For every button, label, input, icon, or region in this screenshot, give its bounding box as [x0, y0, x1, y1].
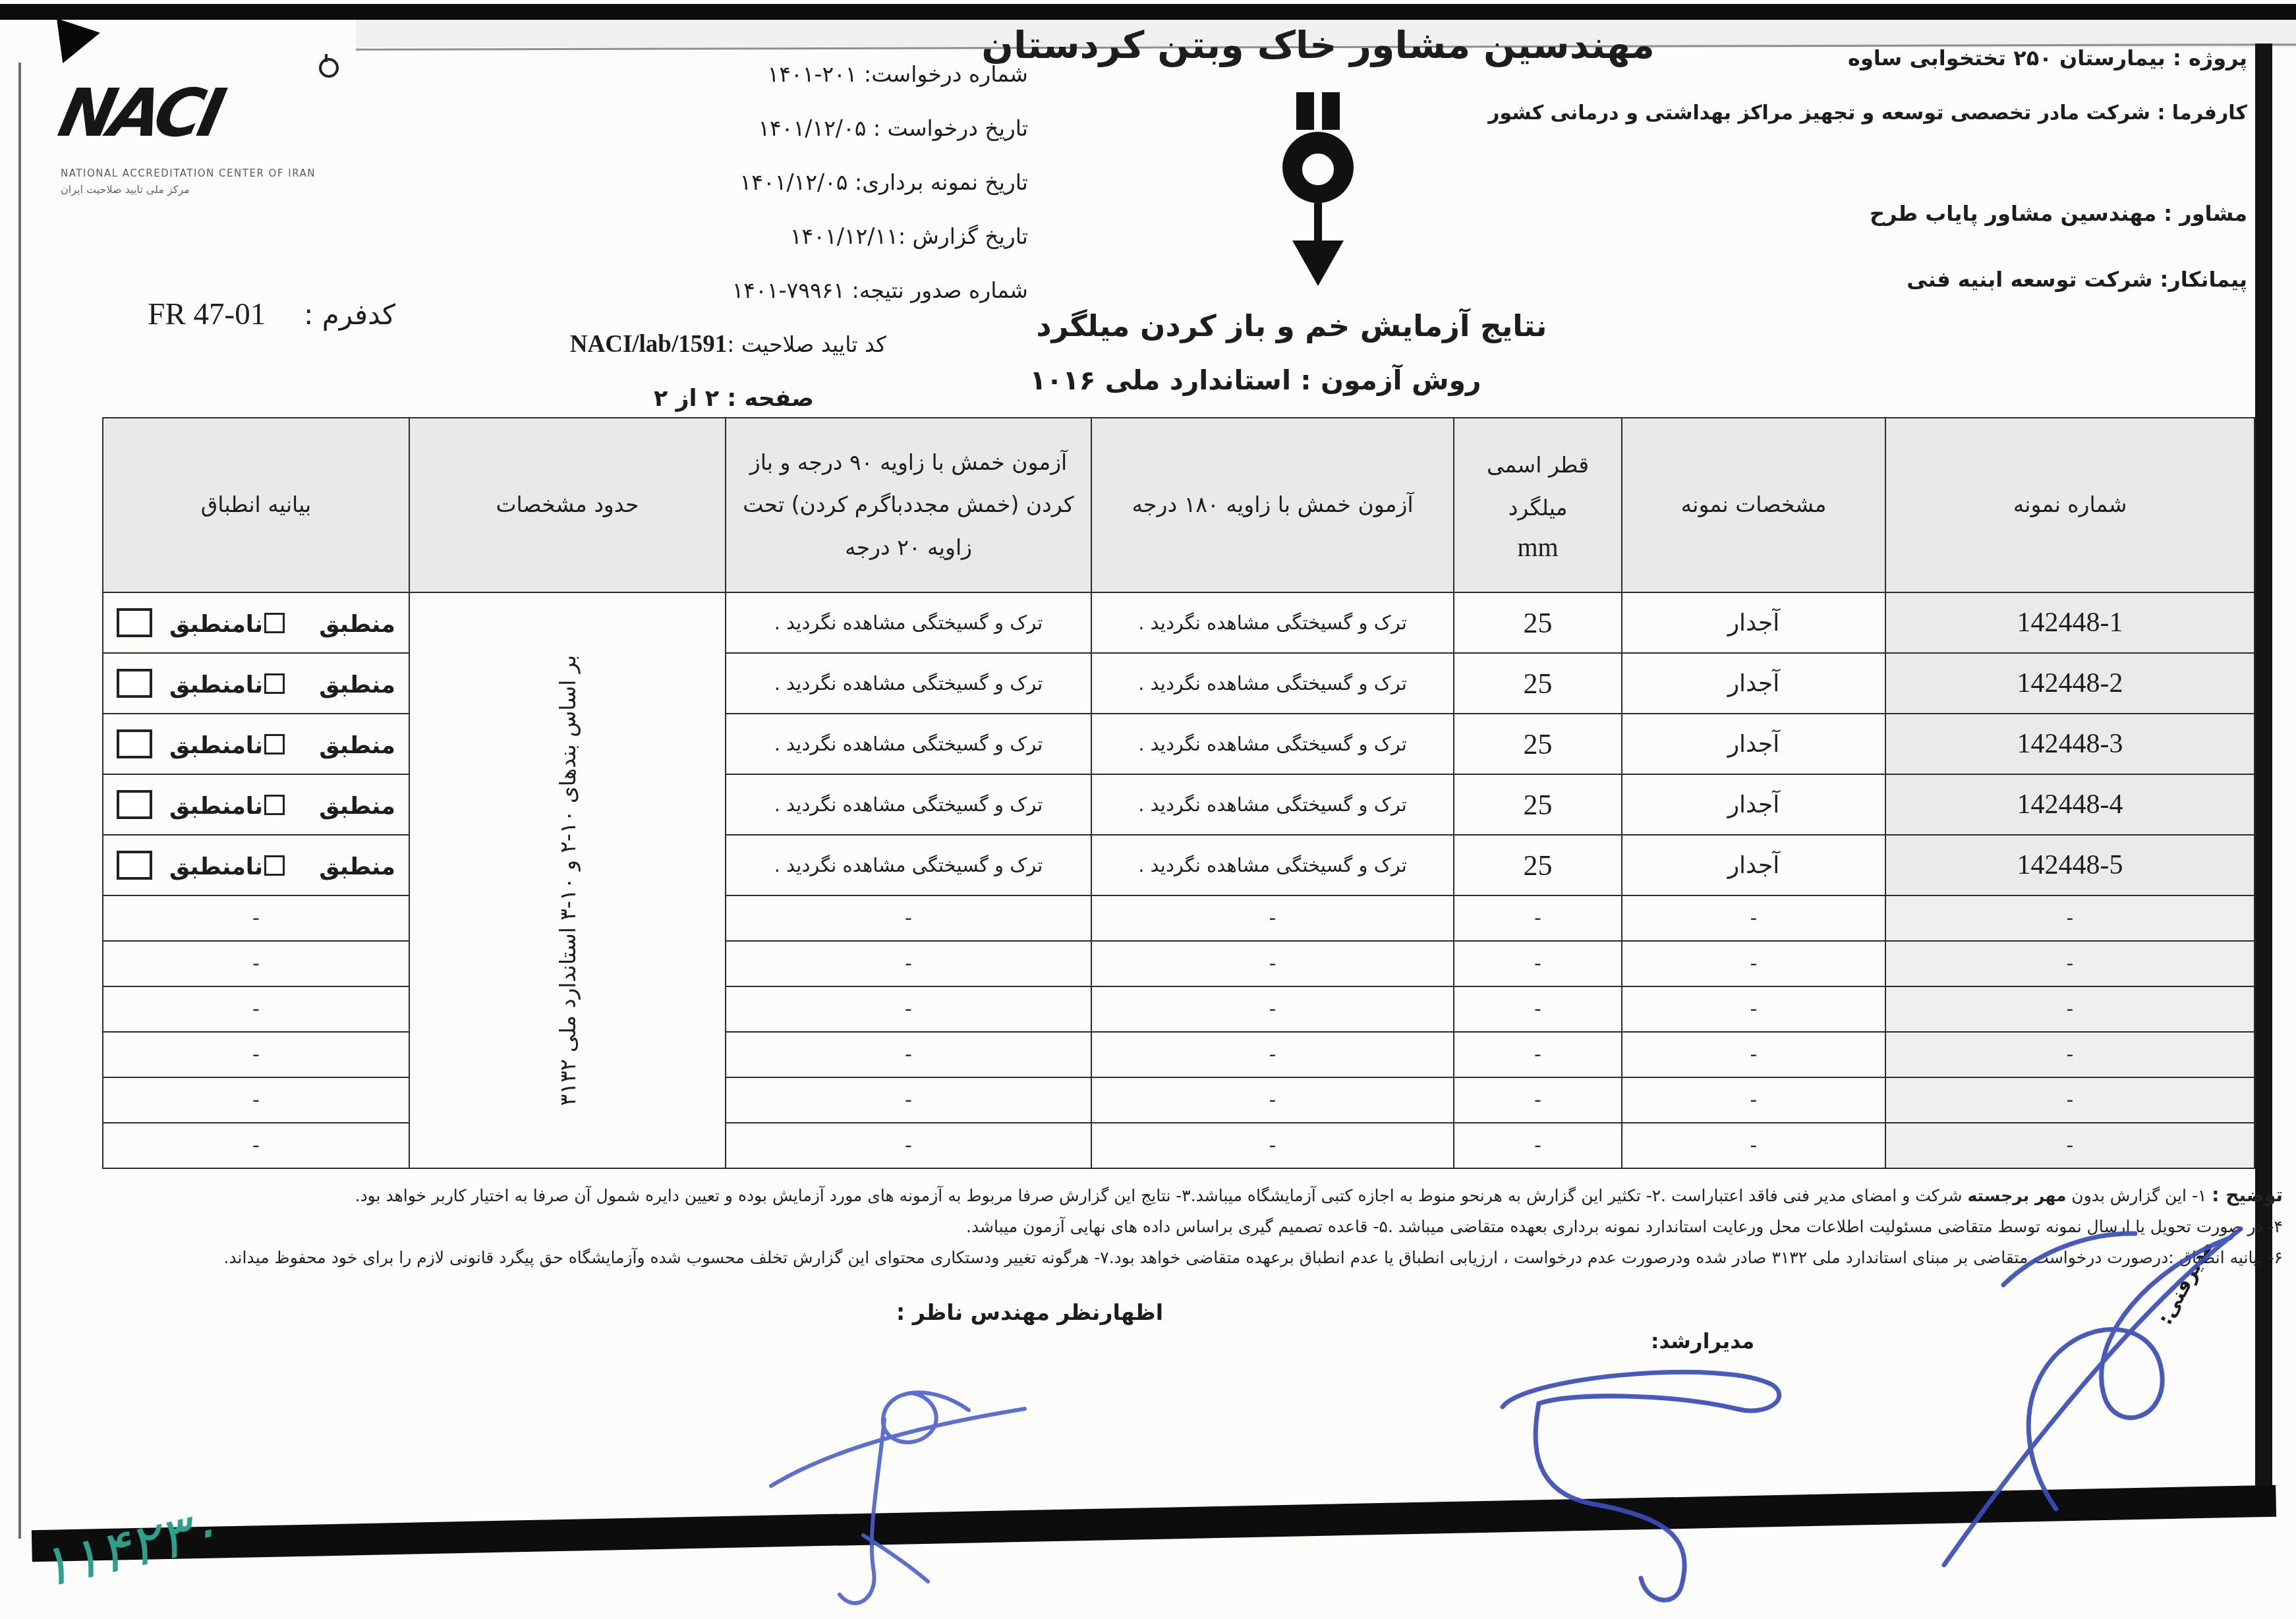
- footnote-label: توضیح :: [2212, 1184, 2283, 1206]
- sample-number-cell: 142448-1: [1885, 592, 2254, 653]
- senior-manager-label: مدیرارشد:: [1651, 1330, 1754, 1353]
- diameter-cell: -: [1454, 1123, 1622, 1168]
- nonconform-label: نامنطبق: [169, 672, 263, 698]
- naci-wordmark: NACI: [49, 61, 388, 166]
- project-name: پروژه : بیمارستان ۲۵۰ تختخوابی ساوه: [1605, 43, 2247, 72]
- spec-limits-cell: بر اساس بندهای ۱۰-۲ و ۱۰-۳ استاندارد ملی…: [409, 592, 726, 1168]
- conform-checkbox[interactable]: [264, 613, 285, 633]
- conformity-cell: منطبقنامنطبق: [103, 774, 409, 835]
- conformity-cell: منطبقنامنطبق: [103, 714, 409, 774]
- naci-subtitle-fa: مرکز ملی تایید صلاحیت ایران: [61, 183, 377, 196]
- bend180-result-cell: -: [1091, 986, 1454, 1032]
- bend90-result-cell: ترک و گسیختگی مشاهده نگردید .: [726, 774, 1091, 835]
- nonconform-checkbox[interactable]: [117, 790, 152, 819]
- accreditation-code-label: کد تایید صلاحیت :: [727, 331, 886, 357]
- naci-subtitle-en: NATIONAL ACCREDITATION CENTER OF IRAN: [61, 167, 377, 179]
- bend180-result-cell: ترک و گسیختگی مشاهده نگردید .: [1091, 592, 1454, 653]
- iran-emblem-icon: [319, 58, 339, 78]
- diameter-cell: -: [1454, 941, 1622, 986]
- bend180-result-cell: -: [1091, 895, 1454, 941]
- nonconform-label: نامنطبق: [169, 854, 263, 880]
- supervising-engineer-label: اظهارنظر مهندس ناظر :: [896, 1299, 1163, 1325]
- conformity-cell: -: [103, 1123, 409, 1168]
- results-table: شماره نمونه مشخصات نمونه قطر اسمی میلگرد…: [102, 417, 2255, 1169]
- table-header-row: شماره نمونه مشخصات نمونه قطر اسمی میلگرد…: [103, 418, 2254, 592]
- header-spec-limits: حدود مشخصات: [409, 418, 726, 592]
- diameter-cell: -: [1454, 986, 1622, 1032]
- form-code-label: کدفرم :: [304, 298, 395, 331]
- diameter-cell: -: [1454, 1077, 1622, 1123]
- conform-label: منطبق: [319, 793, 395, 820]
- nonconform-checkbox[interactable]: [117, 729, 152, 758]
- header-conformity: بیانیه انطباق: [103, 418, 409, 592]
- folded-corner: [57, 18, 100, 63]
- bend90-result-cell: ترک و گسیختگی مشاهده نگردید .: [726, 835, 1091, 895]
- sample-number-cell: -: [1885, 1077, 2254, 1123]
- bend90-result-cell: -: [726, 1077, 1091, 1123]
- request-number: شماره درخواست: ۲۰۱-۱۴۰۱: [415, 47, 1028, 101]
- bend180-result-cell: -: [1091, 1032, 1454, 1077]
- header-sample-number: شماره نمونه: [1885, 418, 2254, 592]
- header-diameter-unit: mm: [1458, 529, 1617, 566]
- diameter-cell: -: [1454, 895, 1622, 941]
- sample-number-cell: -: [1885, 895, 2254, 941]
- signature-supervising-engineer: [751, 1371, 1035, 1619]
- bend180-result-cell: -: [1091, 1123, 1454, 1168]
- bend90-result-cell: -: [726, 895, 1091, 941]
- bend90-result-cell: -: [726, 986, 1091, 1032]
- diameter-cell: -: [1454, 1032, 1622, 1077]
- footnote-1a: ۱- این گزارش بدون: [2066, 1186, 2206, 1205]
- report-title: نتایج آزمایش خم و باز کردن میلگرد: [995, 308, 1588, 343]
- footnote-1-bold: مهر برجسته: [1967, 1186, 2066, 1205]
- scan-edge-left: [18, 63, 21, 1539]
- test-method: روش آزمون : استاندارد ملی ۱۰۱۶: [959, 364, 1552, 396]
- sample-spec-cell: -: [1622, 941, 1885, 986]
- report-date: تاریخ گزارش :۱۴۰۱/۱۲/۱۱: [415, 210, 1028, 264]
- form-code: کدفرم : FR 47-01: [119, 297, 395, 332]
- sample-spec-cell: -: [1622, 986, 1885, 1032]
- nonconform-checkbox[interactable]: [117, 608, 152, 637]
- sample-spec-cell: آجدار: [1622, 592, 1885, 653]
- table-row: 142448-1 آجدار 25 ترک و گسیختگی مشاهده ن…: [103, 592, 2254, 653]
- conformity-cell: -: [103, 1032, 409, 1077]
- bend180-result-cell: -: [1091, 1077, 1454, 1123]
- nonconform-label: نامنطبق: [169, 733, 263, 759]
- sample-spec-cell: -: [1622, 1032, 1885, 1077]
- diameter-cell: 25: [1454, 653, 1622, 714]
- handwritten-number: ۱۱۴۲۳۰: [33, 1496, 226, 1601]
- consultant-name: مشاور : مهندسین مشاور پایاب طرح: [1605, 199, 2247, 228]
- company-logo: [1267, 92, 1369, 290]
- accreditation-code-value: NACI/lab/1591: [570, 331, 727, 358]
- sample-spec-cell: آجدار: [1622, 774, 1885, 835]
- conformity-cell: منطبقنامنطبق: [103, 835, 409, 895]
- conformity-cell: منطبقنامنطبق: [103, 592, 409, 653]
- nonconform-label: نامنطبق: [169, 793, 263, 820]
- organization-title: مهندسین مشاور خاک وبتن کردستان: [956, 24, 1680, 67]
- sample-number-cell: 142448-3: [1885, 714, 2254, 774]
- conform-checkbox[interactable]: [264, 855, 285, 876]
- sample-spec-cell: -: [1622, 1123, 1885, 1168]
- conformity-cell: -: [103, 895, 409, 941]
- signature-senior-manager: [1476, 1351, 1819, 1619]
- conform-checkbox[interactable]: [264, 734, 285, 754]
- bend90-result-cell: -: [726, 1032, 1091, 1077]
- bend180-result-cell: ترک و گسیختگی مشاهده نگردید .: [1091, 714, 1454, 774]
- sample-number-cell: 142448-5: [1885, 835, 2254, 895]
- header-diameter-line1: قطر اسمی: [1458, 444, 1617, 486]
- bend90-result-cell: ترک و گسیختگی مشاهده نگردید .: [726, 653, 1091, 714]
- conformity-cell: -: [103, 941, 409, 986]
- scan-edge-top: [0, 4, 2296, 20]
- sample-spec-cell: آجدار: [1622, 714, 1885, 774]
- bend180-result-cell: ترک و گسیختگی مشاهده نگردید .: [1091, 774, 1454, 835]
- header-bend-180: آزمون خمش با زاویه ۱۸۰ درجه: [1091, 418, 1454, 592]
- header-diameter-line2: میلگرد: [1458, 487, 1617, 529]
- conform-checkbox[interactable]: [264, 795, 285, 815]
- accreditation-code: کد تایید صلاحیت :NACI/lab/1591: [415, 318, 886, 372]
- conformity-cell: منطبقنامنطبق: [103, 653, 409, 714]
- header-sample-spec: مشخصات نمونه: [1622, 418, 1885, 592]
- header-diameter: قطر اسمی میلگرد mm: [1454, 418, 1622, 592]
- spec-limits-text: بر اساس بندهای ۱۰-۲ و ۱۰-۳ استاندارد ملی…: [555, 655, 581, 1106]
- nonconform-checkbox[interactable]: [117, 851, 152, 880]
- sampling-date: تاریخ نمونه برداری: ۱۴۰۱/۱۲/۰۵: [415, 156, 1028, 210]
- nonconform-checkbox[interactable]: [117, 669, 152, 698]
- diameter-cell: 25: [1454, 714, 1622, 774]
- sample-number-cell: -: [1885, 1032, 2254, 1077]
- conform-checkbox[interactable]: [264, 673, 285, 694]
- conform-label: منطبق: [319, 672, 395, 698]
- contractor-name: پیمانکار: شرکت توسعه ابنیه فنی: [1605, 265, 2247, 294]
- conform-label: منطبق: [319, 854, 395, 880]
- conform-label: منطبق: [319, 733, 395, 759]
- result-issue-number: شماره صدور نتیجه: ۷۹۹۶۱-۱۴۰۱: [415, 264, 1028, 318]
- project-info: پروژه : بیمارستان ۲۵۰ تختخوابی ساوه کارف…: [1605, 43, 2247, 294]
- diameter-cell: 25: [1454, 774, 1622, 835]
- sample-spec-cell: -: [1622, 1077, 1885, 1123]
- header-bend-90-rebend: آزمون خمش با زاویه ۹۰ درجه و باز کردن (خ…: [726, 418, 1091, 592]
- bend90-result-cell: -: [726, 941, 1091, 986]
- scanned-report-page: NACI NATIONAL ACCREDITATION CENTER OF IR…: [0, 0, 2296, 1619]
- footnote-1c: شرکت و امضای مدیر فنی فاقد اعتباراست .۲-…: [355, 1186, 1968, 1205]
- sample-number-cell: -: [1885, 941, 2254, 986]
- sample-spec-cell: -: [1622, 895, 1885, 941]
- signature-technical-manager: [1898, 1206, 2267, 1588]
- sample-spec-cell: آجدار: [1622, 653, 1885, 714]
- sample-number-cell: 142448-2: [1885, 653, 2254, 714]
- naci-logo: NACI NATIONAL ACCREDITATION CENTER OF IR…: [61, 61, 377, 196]
- bend90-result-cell: ترک و گسیختگی مشاهده نگردید .: [726, 592, 1091, 653]
- sample-number-cell: -: [1885, 1123, 2254, 1168]
- diameter-cell: 25: [1454, 592, 1622, 653]
- request-date: تاریخ درخواست : ۱۴۰۱/۱۲/۰۵: [415, 101, 1028, 156]
- sample-number-cell: 142448-4: [1885, 774, 2254, 835]
- client-name: کارفرما : شرکت مادر تخصصی توسعه و تجهیز …: [1605, 99, 2247, 128]
- conformity-cell: -: [103, 1077, 409, 1123]
- sample-spec-cell: آجدار: [1622, 835, 1885, 895]
- bend90-result-cell: -: [726, 1123, 1091, 1168]
- bend180-result-cell: ترک و گسیختگی مشاهده نگردید .: [1091, 835, 1454, 895]
- nonconform-label: نامنطبق: [169, 611, 263, 638]
- request-info: شماره درخواست: ۲۰۱-۱۴۰۱ تاریخ درخواست : …: [415, 47, 1028, 426]
- sample-number-cell: -: [1885, 986, 2254, 1032]
- bend180-result-cell: -: [1091, 941, 1454, 986]
- bend180-result-cell: ترک و گسیختگی مشاهده نگردید .: [1091, 653, 1454, 714]
- conform-label: منطبق: [319, 611, 395, 638]
- conformity-cell: -: [103, 986, 409, 1032]
- bend90-result-cell: ترک و گسیختگی مشاهده نگردید .: [726, 714, 1091, 774]
- diameter-cell: 25: [1454, 835, 1622, 895]
- form-code-value: FR 47-01: [148, 297, 266, 332]
